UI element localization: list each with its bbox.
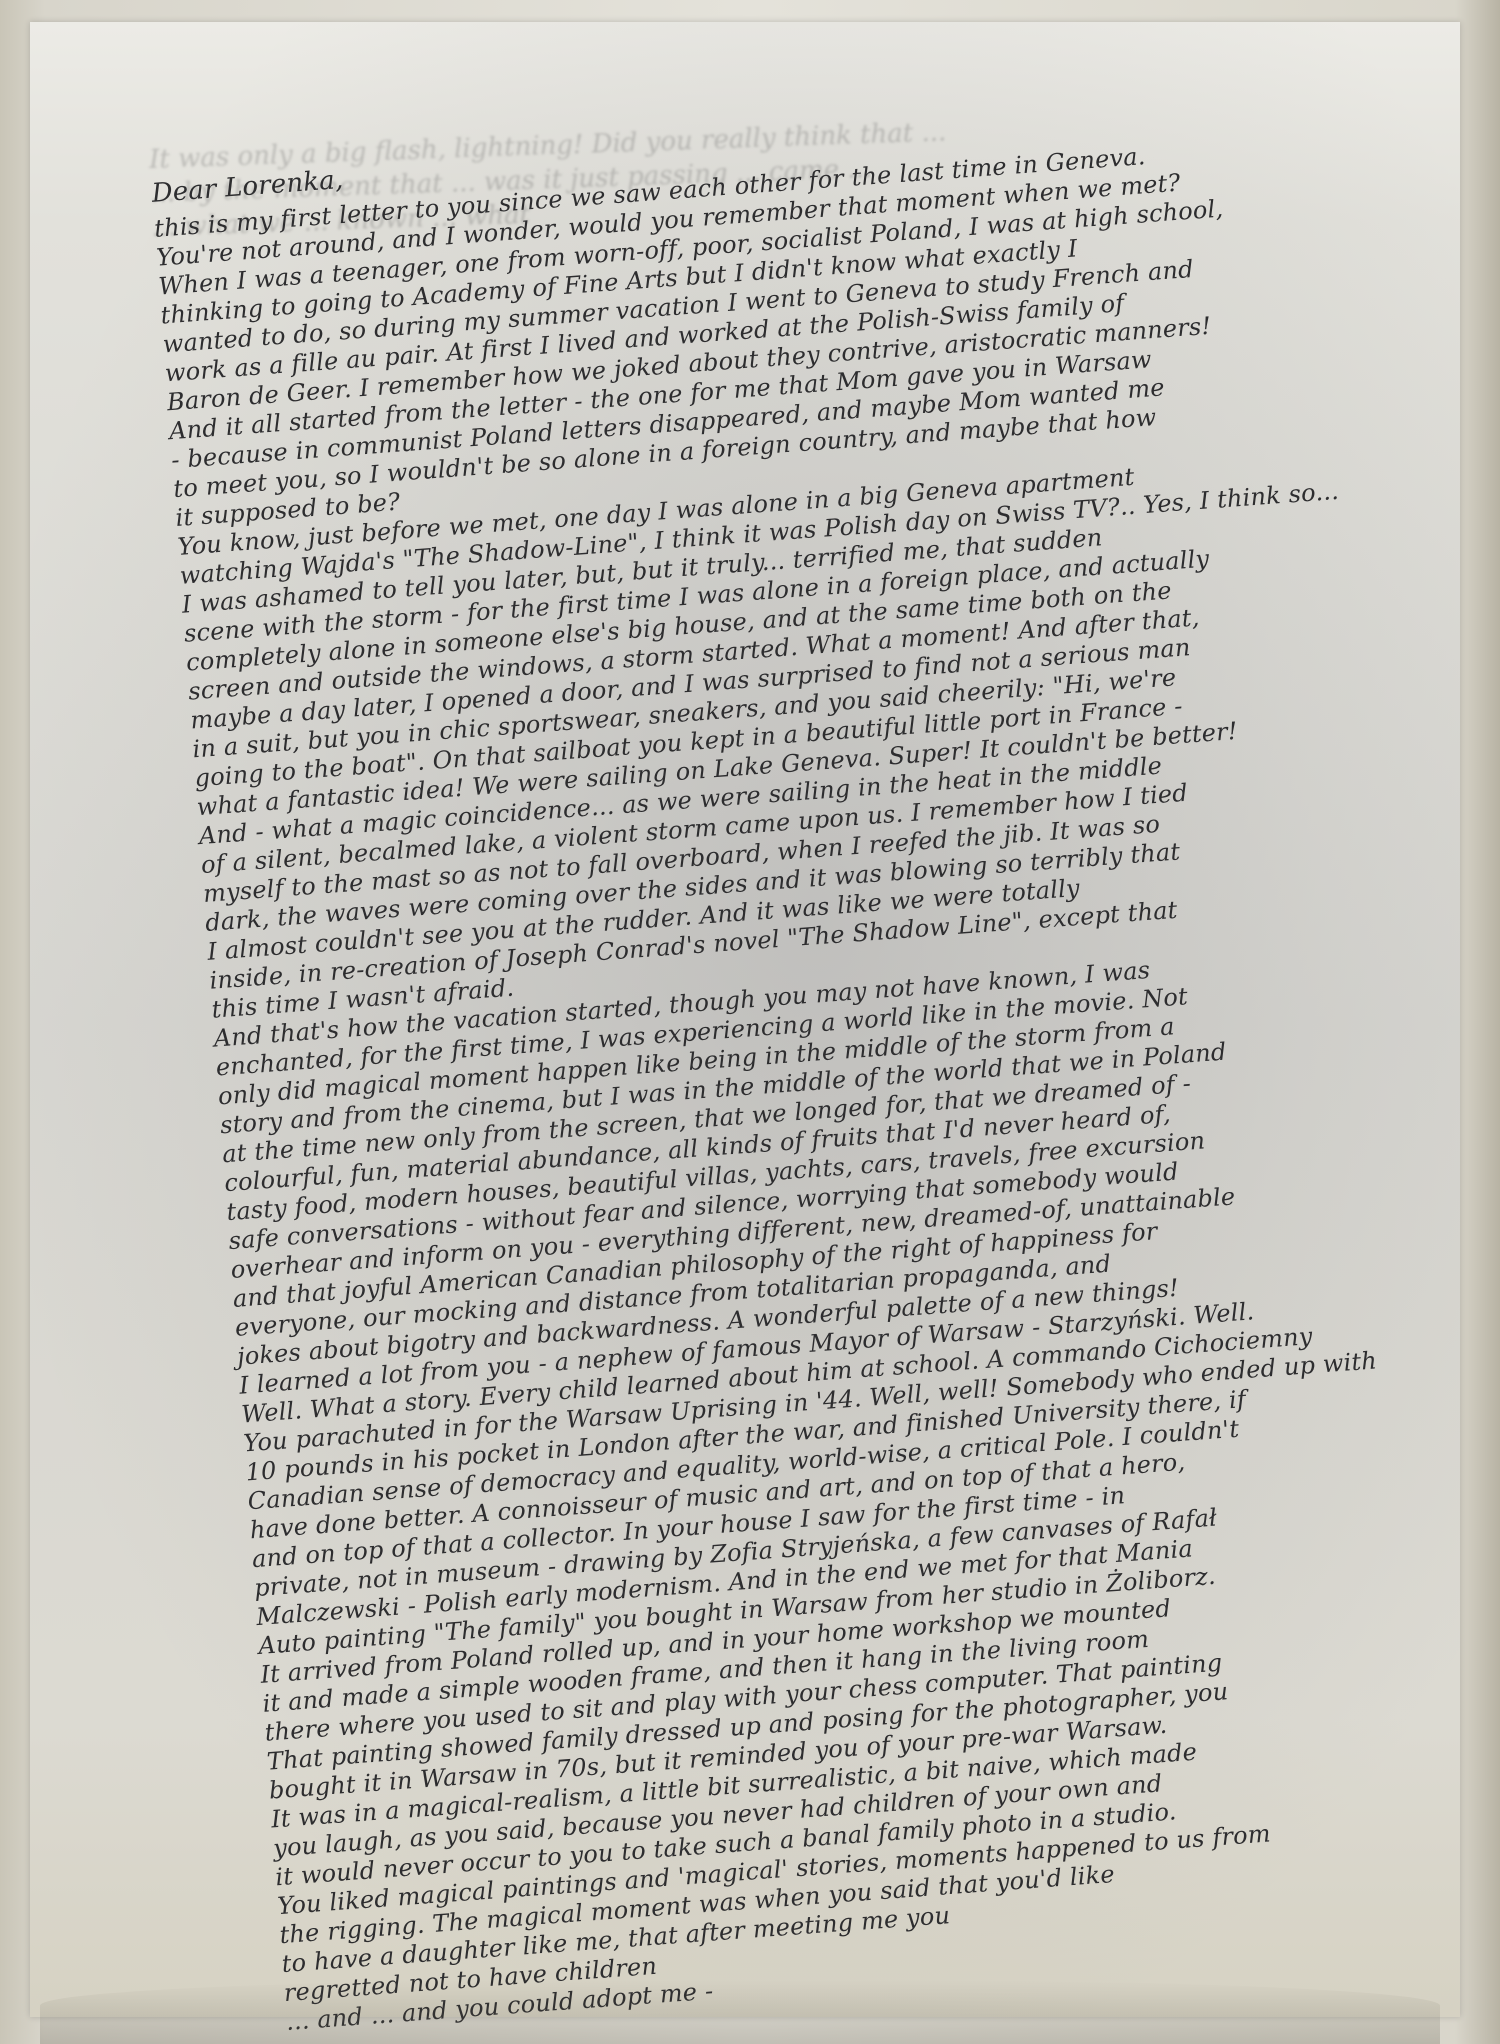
- letter-body: this is my first letter to you since we …: [153, 121, 1500, 2037]
- bottom-shadow: [40, 1980, 1440, 2044]
- handwritten-letter: Dear Lorenka, this is my first letter to…: [150, 76, 1500, 2037]
